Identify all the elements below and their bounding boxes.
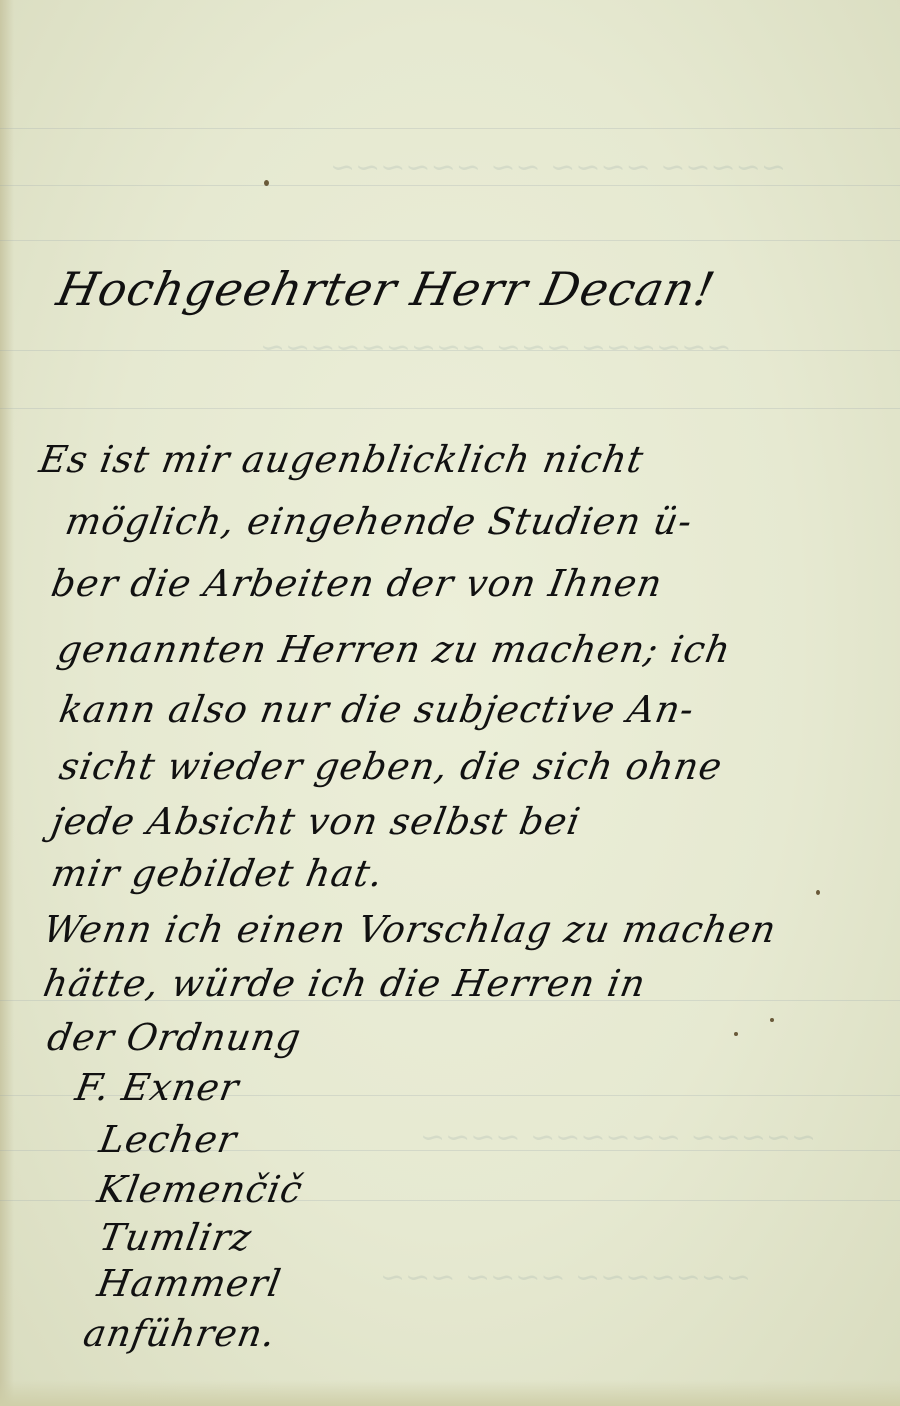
bleed-through-mark: ~~~~~ ~~~~ ~~ ~~~~~~ <box>330 150 786 185</box>
ranked-name: Tumlirz <box>96 1216 255 1259</box>
ruled-line <box>0 128 900 129</box>
paper-speck <box>734 1032 738 1036</box>
body-line: hätte, würde ich die Herren in <box>40 962 649 1005</box>
paper-speck <box>816 890 820 895</box>
bleed-through-mark: ~~~~~~ ~~~ ~~~~~~~~~ <box>260 330 732 365</box>
body-line: genannten Herren zu machen; ich <box>54 628 734 671</box>
paper-speck <box>770 1018 774 1022</box>
body-line: Wenn ich einen Vorschlag zu machen <box>40 908 780 951</box>
paper-edge-bottom <box>0 1380 900 1406</box>
paper-speck <box>264 180 269 186</box>
body-line: jede Absicht von selbst bei <box>48 800 584 843</box>
salutation: Hochgeehrter Herr Decan! <box>52 262 720 316</box>
body-line: ber die Arbeiten der von Ihnen <box>48 562 666 605</box>
ruled-line <box>0 185 900 186</box>
ranked-name: F. Exner <box>72 1066 242 1109</box>
body-line: Es ist mir augenblicklich nicht <box>36 438 647 481</box>
paper-edge-left <box>0 0 14 1406</box>
body-line: möglich, eingehende Studien ü- <box>62 500 696 543</box>
body-line: mir gebildet hat. <box>48 852 387 895</box>
ruled-line <box>0 408 900 409</box>
body-line: der Ordnung <box>44 1016 305 1059</box>
body-line: kann also nur die subjective An- <box>56 688 698 731</box>
bleed-through-mark: ~~~~~ ~~~~~~ ~~~~ <box>420 1120 816 1155</box>
ranked-name: Klemenčič <box>94 1168 306 1211</box>
bleed-through-mark: ~~~~~~~ ~~~~ ~~~ <box>380 1260 751 1295</box>
ranked-name: Lecher <box>96 1118 240 1161</box>
letter-page: ~~~~~ ~~~~ ~~ ~~~~~~ ~~~~~~ ~~~ ~~~~~~~~… <box>0 0 900 1406</box>
ranked-name: Hammerl <box>94 1262 285 1305</box>
body-line: sicht wieder geben, die sich ohne <box>56 745 726 788</box>
ruled-line <box>0 240 900 241</box>
closing-line: anführen. <box>80 1312 279 1355</box>
